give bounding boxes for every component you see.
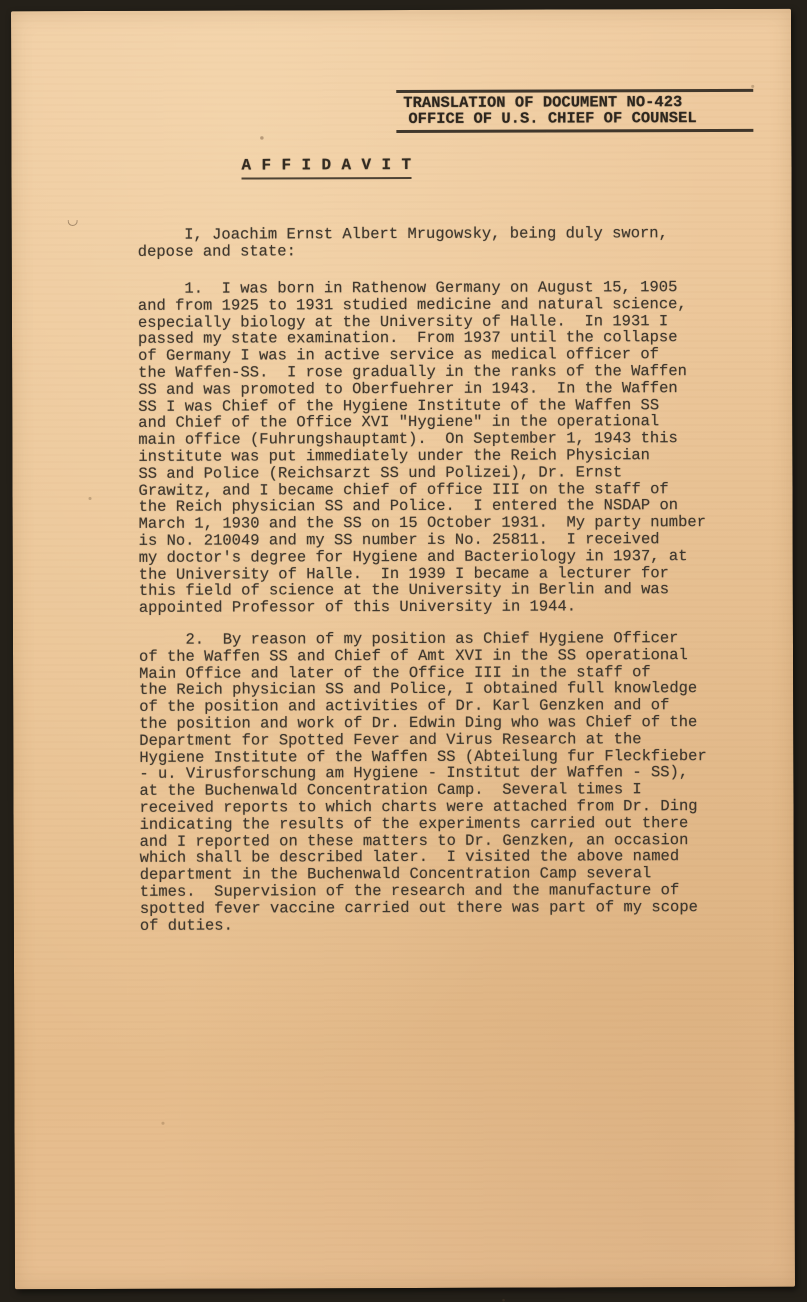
document-title: A F F I D A V I T [241,156,411,180]
document-page: TRANSLATION OF DOCUMENT NO-423 OFFICE OF… [11,9,795,1289]
scan-backdrop: TRANSLATION OF DOCUMENT NO-423 OFFICE OF… [0,0,807,1302]
affidavit-paragraph-2: 2. By reason of my position as Chief Hyg… [139,630,707,934]
document-header-stamp: TRANSLATION OF DOCUMENT NO-423 OFFICE OF… [396,89,753,133]
handwritten-pencil-mark [68,220,78,226]
affidavit-intro-paragraph: I, Joachim Ernst Albert Mrugowsky, being… [138,225,668,260]
header-document-number: TRANSLATION OF DOCUMENT NO-423 [396,94,753,111]
paper-specks [11,11,12,12]
header-office-line: OFFICE OF U.S. CHIEF OF COUNSEL [396,110,753,127]
affidavit-paragraph-1: 1. I was born in Rathenow Germany on Aug… [138,279,706,617]
